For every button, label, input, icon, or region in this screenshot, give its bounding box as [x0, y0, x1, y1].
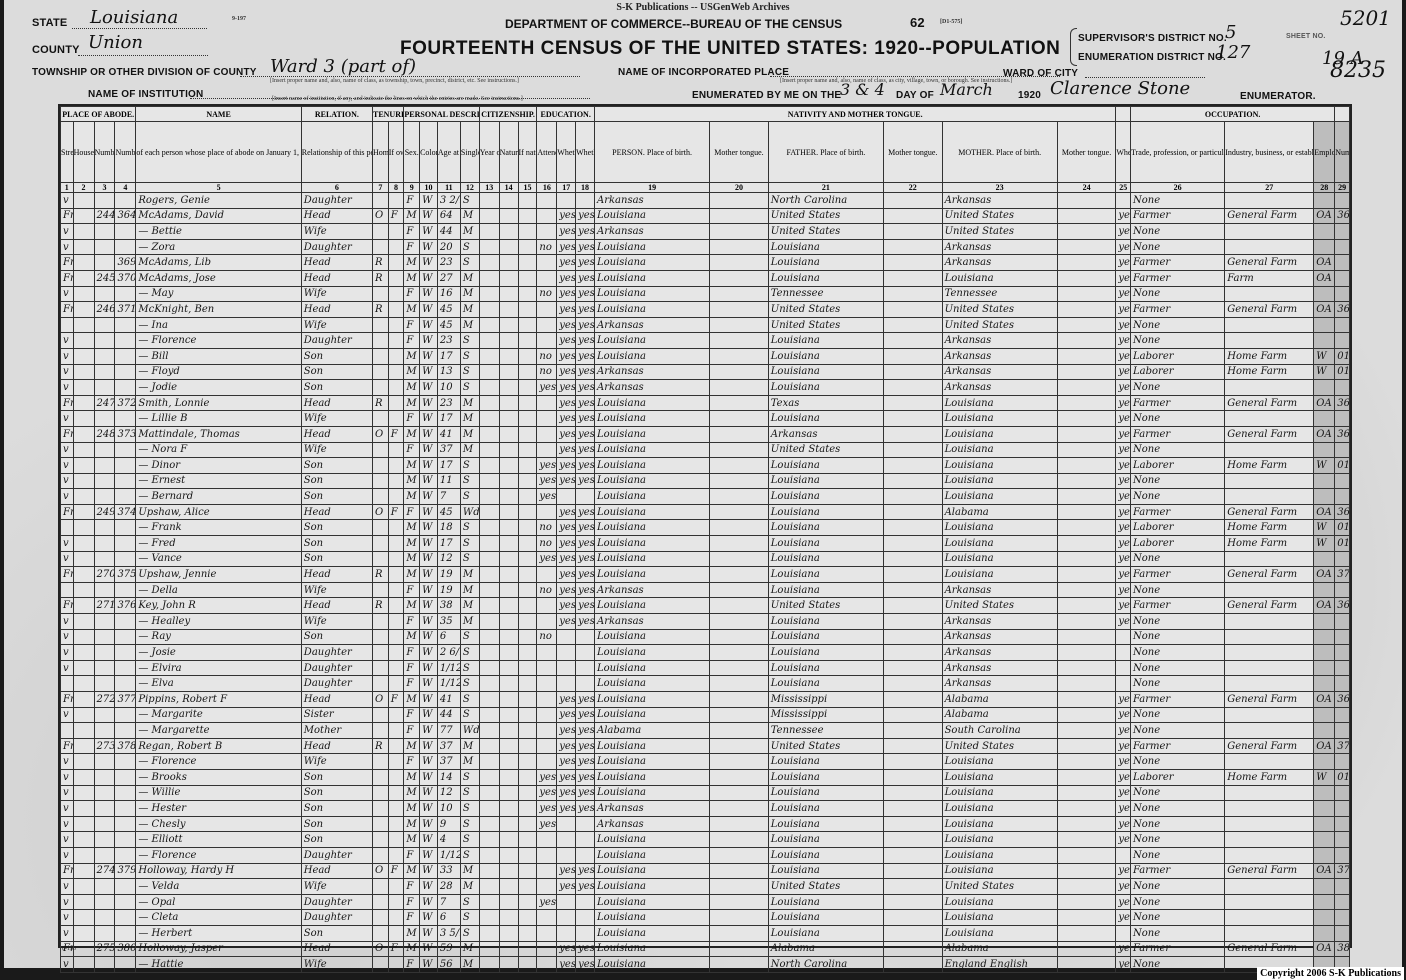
- cell-empty: [710, 442, 769, 458]
- cell-industry: General Farm: [1225, 504, 1314, 520]
- cell-race: W: [420, 879, 438, 895]
- cell-marital: M: [460, 286, 479, 302]
- cell-family: [115, 333, 136, 349]
- cell-owned: [372, 832, 388, 848]
- census-row: v— BettieWifeFW44MyesyesArkansasUnited S…: [61, 224, 1350, 240]
- cell-empty: [1057, 660, 1116, 676]
- cell-mortgage: [388, 348, 404, 364]
- cell-birth: Louisiana: [594, 458, 709, 474]
- cell-mortgage: [388, 769, 404, 785]
- cell-attended: yes: [537, 489, 557, 505]
- cell-owned: O: [372, 426, 388, 442]
- cell-trade: Farmer: [1131, 504, 1225, 520]
- column-group-header: PLACE OF ABODE.: [61, 107, 136, 122]
- cell-owned: [372, 629, 388, 645]
- cell-race: W: [420, 395, 438, 411]
- cell-empty: [1057, 317, 1116, 333]
- cell-empty: [479, 925, 499, 941]
- cell-english: yes: [1116, 723, 1131, 739]
- cell-write: yes: [576, 692, 595, 708]
- cell-empty: [518, 754, 537, 770]
- cell-marital: S: [460, 925, 479, 941]
- cell-dwelling: [94, 957, 115, 973]
- cell-owned: [372, 317, 388, 333]
- cell-father-birth: Texas: [768, 395, 883, 411]
- cell-english: [1116, 193, 1131, 209]
- cell-race: W: [420, 598, 438, 614]
- cell-name: — Ina: [136, 317, 301, 333]
- cell-age: 45: [437, 302, 460, 318]
- column-label: Home owned or rented.: [372, 122, 388, 183]
- cell-race: W: [420, 286, 438, 302]
- cell-farm: [1335, 629, 1350, 645]
- cell-empty: [883, 738, 942, 754]
- cell-street: [61, 676, 74, 692]
- cell-industry: [1225, 816, 1314, 832]
- cell-read: yes: [557, 567, 576, 583]
- cell-empty: [1057, 645, 1116, 661]
- cell-employer: [1314, 785, 1335, 801]
- cell-farm: [1335, 660, 1350, 676]
- cell-empty: [479, 582, 499, 598]
- cell-english: [1116, 645, 1131, 661]
- cell-empty: [518, 426, 537, 442]
- cell-read: yes: [557, 255, 576, 271]
- cell-empty: [883, 317, 942, 333]
- cell-father-birth: Louisiana: [768, 816, 883, 832]
- cell-read: yes: [557, 738, 576, 754]
- cell-employer: [1314, 333, 1335, 349]
- cell-street: v: [61, 536, 74, 552]
- cell-trade: Farmer: [1131, 567, 1225, 583]
- cell-mother-birth: Louisiana: [942, 442, 1057, 458]
- cell-age: 1/12: [437, 676, 460, 692]
- cell-employer: OA: [1314, 426, 1335, 442]
- cell-employer: [1314, 645, 1335, 661]
- cell-house: [73, 395, 94, 411]
- cell-empty: [518, 302, 537, 318]
- cell-relation: Son: [301, 801, 372, 817]
- cell-marital: S: [460, 520, 479, 536]
- cell-sex: M: [404, 567, 420, 583]
- cell-mortgage: [388, 801, 404, 817]
- cell-relation: Wife: [301, 442, 372, 458]
- cell-father-birth: Louisiana: [768, 270, 883, 286]
- cell-age: 11: [437, 473, 460, 489]
- cell-name: — Ray: [136, 629, 301, 645]
- cell-write: yes: [576, 348, 595, 364]
- cell-family: [115, 489, 136, 505]
- cell-empty: [499, 504, 518, 520]
- cell-farm: 36: [1335, 302, 1350, 318]
- cell-birth: Louisiana: [594, 738, 709, 754]
- cell-empty: [518, 832, 537, 848]
- cell-name: — Herbert: [136, 925, 301, 941]
- cell-family: [115, 676, 136, 692]
- day-of-label: DAY OF: [896, 90, 934, 101]
- cell-english: yes: [1116, 941, 1131, 957]
- cell-empty: [1057, 504, 1116, 520]
- cell-mortgage: [388, 239, 404, 255]
- cell-sex: F: [404, 723, 420, 739]
- cell-empty: [883, 598, 942, 614]
- cell-birth: Louisiana: [594, 910, 709, 926]
- cell-mother-birth: Arkansas: [942, 582, 1057, 598]
- column-number: 8: [388, 183, 404, 193]
- cell-mortgage: [388, 879, 404, 895]
- cell-relation: Daughter: [301, 239, 372, 255]
- cell-empty: [499, 614, 518, 630]
- cell-street: Fm: [61, 504, 74, 520]
- cell-sex: F: [404, 504, 420, 520]
- cell-street: v: [61, 411, 74, 427]
- cell-age: 56: [437, 957, 460, 973]
- census-row: v— HerbertSonMW3 5/12SLouisianaLouisiana…: [61, 925, 1350, 941]
- cell-empty: [499, 208, 518, 224]
- cell-industry: [1225, 411, 1314, 427]
- cell-farm: 36: [1335, 395, 1350, 411]
- cell-house: [73, 645, 94, 661]
- cell-empty: [710, 333, 769, 349]
- cell-read: [557, 894, 576, 910]
- cell-relation: Son: [301, 458, 372, 474]
- supervisor-label: SUPERVISOR'S DISTRICT NO.: [1078, 33, 1227, 44]
- cell-family: [115, 442, 136, 458]
- form-number: 9-197: [232, 16, 246, 22]
- cell-english: yes: [1116, 801, 1131, 817]
- cell-age: 3 5/12: [437, 925, 460, 941]
- cell-name: — Cleta: [136, 910, 301, 926]
- cell-empty: [499, 629, 518, 645]
- cell-marital: M: [460, 426, 479, 442]
- cell-mortgage: [388, 910, 404, 926]
- cell-relation: Wife: [301, 286, 372, 302]
- cell-house: [73, 847, 94, 863]
- cell-english: yes: [1116, 769, 1131, 785]
- cell-empty: [499, 551, 518, 567]
- cell-read: yes: [557, 504, 576, 520]
- county-label: COUNTY: [32, 44, 80, 56]
- cell-trade: None: [1131, 816, 1225, 832]
- cell-house: [73, 863, 94, 879]
- cell-mother-birth: Louisiana: [942, 847, 1057, 863]
- cell-street: [61, 723, 74, 739]
- cell-owned: [372, 582, 388, 598]
- cell-mother-birth: Louisiana: [942, 395, 1057, 411]
- cell-empty: [479, 567, 499, 583]
- cell-house: [73, 520, 94, 536]
- cell-birth: Louisiana: [594, 411, 709, 427]
- cell-house: [73, 504, 94, 520]
- cell-employer: OA: [1314, 598, 1335, 614]
- cell-owned: R: [372, 270, 388, 286]
- cell-trade: None: [1131, 286, 1225, 302]
- cell-trade: Farmer: [1131, 863, 1225, 879]
- cell-attended: [537, 504, 557, 520]
- cell-farm: [1335, 411, 1350, 427]
- cell-empty: [499, 723, 518, 739]
- cell-empty: [499, 380, 518, 396]
- cell-farm: 010: [1335, 536, 1350, 552]
- cell-sex: M: [404, 769, 420, 785]
- supervisor-value: 5: [1225, 22, 1236, 43]
- cell-mortgage: [388, 193, 404, 209]
- cell-dwelling: [94, 582, 115, 598]
- cell-street: v: [61, 224, 74, 240]
- cell-empty: [518, 894, 537, 910]
- cell-father-birth: Louisiana: [768, 925, 883, 941]
- cell-birth: Louisiana: [594, 957, 709, 973]
- cell-street: v: [61, 286, 74, 302]
- cell-industry: [1225, 832, 1314, 848]
- cell-industry: [1225, 286, 1314, 302]
- cell-dwelling: 271: [94, 598, 115, 614]
- cell-family: 374: [115, 504, 136, 520]
- cell-attended: yes: [537, 785, 557, 801]
- cell-name: McAdams, Jose: [136, 270, 301, 286]
- cell-empty: [1057, 380, 1116, 396]
- cell-employer: [1314, 910, 1335, 926]
- cell-father-birth: Louisiana: [768, 801, 883, 817]
- cell-family: [115, 348, 136, 364]
- cell-empty: [479, 738, 499, 754]
- cell-name: — Opal: [136, 894, 301, 910]
- cell-read: yes: [557, 520, 576, 536]
- cell-empty: [1057, 754, 1116, 770]
- cell-owned: [372, 551, 388, 567]
- cell-name: — Bernard: [136, 489, 301, 505]
- cell-trade: None: [1131, 707, 1225, 723]
- cell-birth: Louisiana: [594, 598, 709, 614]
- cell-marital: S: [460, 380, 479, 396]
- cell-attended: [537, 723, 557, 739]
- cell-industry: [1225, 380, 1314, 396]
- cell-trade: None: [1131, 582, 1225, 598]
- cell-write: yes: [576, 707, 595, 723]
- cell-father-birth: Mississippi: [768, 707, 883, 723]
- cell-attended: [537, 614, 557, 630]
- cell-mother-birth: Louisiana: [942, 816, 1057, 832]
- cell-empty: [710, 660, 769, 676]
- cell-father-birth: Louisiana: [768, 411, 883, 427]
- cell-family: [115, 411, 136, 427]
- cell-mortgage: [388, 832, 404, 848]
- cell-english: yes: [1116, 910, 1131, 926]
- cell-father-birth: Louisiana: [768, 504, 883, 520]
- cell-empty: [1057, 692, 1116, 708]
- cell-empty: [518, 333, 537, 349]
- cell-read: [557, 629, 576, 645]
- cell-relation: Daughter: [301, 910, 372, 926]
- cell-industry: General Farm: [1225, 255, 1314, 271]
- cell-family: [115, 536, 136, 552]
- cell-industry: General Farm: [1225, 598, 1314, 614]
- cell-mortgage: [388, 785, 404, 801]
- cell-relation: Son: [301, 489, 372, 505]
- cell-owned: R: [372, 567, 388, 583]
- cell-sex: F: [404, 894, 420, 910]
- cell-read: [557, 193, 576, 209]
- cell-empty: [1057, 879, 1116, 895]
- cell-birth: Arkansas: [594, 380, 709, 396]
- cell-owned: [372, 910, 388, 926]
- cell-read: yes: [557, 458, 576, 474]
- cell-english: yes: [1116, 442, 1131, 458]
- cell-empty: [710, 458, 769, 474]
- cell-empty: [710, 317, 769, 333]
- cell-attended: no: [537, 348, 557, 364]
- cell-empty: [518, 255, 537, 271]
- cell-owned: R: [372, 302, 388, 318]
- cell-empty: [710, 879, 769, 895]
- cell-farm: [1335, 582, 1350, 598]
- cell-street: Fm: [61, 395, 74, 411]
- cell-marital: S: [460, 816, 479, 832]
- cell-owned: [372, 676, 388, 692]
- cell-mortgage: [388, 380, 404, 396]
- cell-english: yes: [1116, 582, 1131, 598]
- column-label: Street, avenue, road, etc.: [61, 122, 74, 183]
- cell-employer: OA: [1314, 208, 1335, 224]
- cell-empty: [710, 598, 769, 614]
- column-group-header: [1335, 107, 1350, 122]
- cell-industry: General Farm: [1225, 302, 1314, 318]
- cell-industry: [1225, 582, 1314, 598]
- cell-read: yes: [557, 317, 576, 333]
- cell-street: Fm: [61, 567, 74, 583]
- township-value: Ward 3 (part of): [270, 56, 416, 77]
- cell-attended: [537, 208, 557, 224]
- cell-farm: [1335, 832, 1350, 848]
- cell-house: [73, 629, 94, 645]
- cell-empty: [1057, 676, 1116, 692]
- cell-employer: [1314, 442, 1335, 458]
- cell-read: yes: [557, 536, 576, 552]
- cell-age: 7: [437, 489, 460, 505]
- cell-dwelling: [94, 193, 115, 209]
- cell-empty: [479, 208, 499, 224]
- cell-empty: [499, 863, 518, 879]
- cell-owned: [372, 411, 388, 427]
- cell-industry: General Farm: [1225, 692, 1314, 708]
- cell-family: [115, 754, 136, 770]
- cell-empty: [883, 395, 942, 411]
- cell-english: yes: [1116, 863, 1131, 879]
- cell-empty: [1057, 364, 1116, 380]
- cell-dwelling: [94, 645, 115, 661]
- cell-employer: W: [1314, 348, 1335, 364]
- cell-house: [73, 816, 94, 832]
- cell-farm: [1335, 676, 1350, 692]
- cell-industry: [1225, 801, 1314, 817]
- cell-empty: [479, 364, 499, 380]
- cell-sex: M: [404, 738, 420, 754]
- cell-street: v: [61, 894, 74, 910]
- cell-empty: [518, 614, 537, 630]
- cell-mother-birth: Arkansas: [942, 676, 1057, 692]
- cell-attended: [537, 692, 557, 708]
- cell-relation: Son: [301, 473, 372, 489]
- cell-birth: Louisiana: [594, 473, 709, 489]
- cell-marital: S: [460, 348, 479, 364]
- column-label: Whether able to speak English.: [1116, 122, 1131, 183]
- cell-dwelling: [94, 925, 115, 941]
- cell-empty: [518, 925, 537, 941]
- cell-street: Fm: [61, 738, 74, 754]
- cell-owned: [372, 723, 388, 739]
- cell-empty: [710, 504, 769, 520]
- enumerated-month: March: [940, 80, 993, 99]
- cell-empty: [883, 769, 942, 785]
- cell-empty: [518, 629, 537, 645]
- cell-mother-birth: Alabama: [942, 941, 1057, 957]
- cell-farm: 37: [1335, 738, 1350, 754]
- cell-birth: Louisiana: [594, 660, 709, 676]
- cell-employer: [1314, 239, 1335, 255]
- cell-relation: Son: [301, 520, 372, 536]
- column-group-header: PERSONAL DESCRIPTION.: [404, 107, 479, 122]
- cell-mortgage: [388, 925, 404, 941]
- cell-race: W: [420, 473, 438, 489]
- column-label: If naturalized, year of naturalization.: [518, 122, 537, 183]
- cell-empty: [518, 769, 537, 785]
- cell-mother-birth: United States: [942, 598, 1057, 614]
- cell-mortgage: [388, 660, 404, 676]
- cell-trade: None: [1131, 645, 1225, 661]
- cell-empty: [518, 380, 537, 396]
- cell-empty: [1057, 816, 1116, 832]
- cell-empty: [499, 270, 518, 286]
- column-number: 9: [404, 183, 420, 193]
- cell-empty: [518, 723, 537, 739]
- cell-attended: [537, 567, 557, 583]
- census-row: v— CletaDaughterFW6SLouisianaLouisianaLo…: [61, 910, 1350, 926]
- column-number: 12: [460, 183, 479, 193]
- census-row: Fm270375Upshaw, JennieHeadRMW19MyesyesLo…: [61, 567, 1350, 583]
- cell-industry: [1225, 442, 1314, 458]
- cell-marital: S: [460, 536, 479, 552]
- cell-mortgage: [388, 270, 404, 286]
- cell-relation: Head: [301, 504, 372, 520]
- cell-empty: [883, 489, 942, 505]
- cell-empty: [499, 224, 518, 240]
- cell-father-birth: Tennessee: [768, 723, 883, 739]
- cell-father-birth: Louisiana: [768, 239, 883, 255]
- cell-sex: M: [404, 816, 420, 832]
- cell-relation: Wife: [301, 614, 372, 630]
- cell-name: — Zora: [136, 239, 301, 255]
- cell-empty: [479, 255, 499, 271]
- cell-read: [557, 816, 576, 832]
- cell-attended: [537, 411, 557, 427]
- cell-race: W: [420, 754, 438, 770]
- cell-empty: [1057, 520, 1116, 536]
- cell-empty: [479, 785, 499, 801]
- column-number: 1: [61, 183, 74, 193]
- cell-family: [115, 286, 136, 302]
- cell-empty: [479, 239, 499, 255]
- cell-attended: [537, 333, 557, 349]
- cell-write: yes: [576, 458, 595, 474]
- cell-family: [115, 910, 136, 926]
- census-row: v— HattieWifeFW56MyesyesLouisianaNorth C…: [61, 957, 1350, 973]
- cell-relation: Mother: [301, 723, 372, 739]
- cell-father-birth: United States: [768, 738, 883, 754]
- cell-street: v: [61, 193, 74, 209]
- cell-father-birth: Louisiana: [768, 536, 883, 552]
- census-row: v— FlorenceDaughterFW23SyesyesLouisianaL…: [61, 333, 1350, 349]
- cell-mother-birth: Arkansas: [942, 364, 1057, 380]
